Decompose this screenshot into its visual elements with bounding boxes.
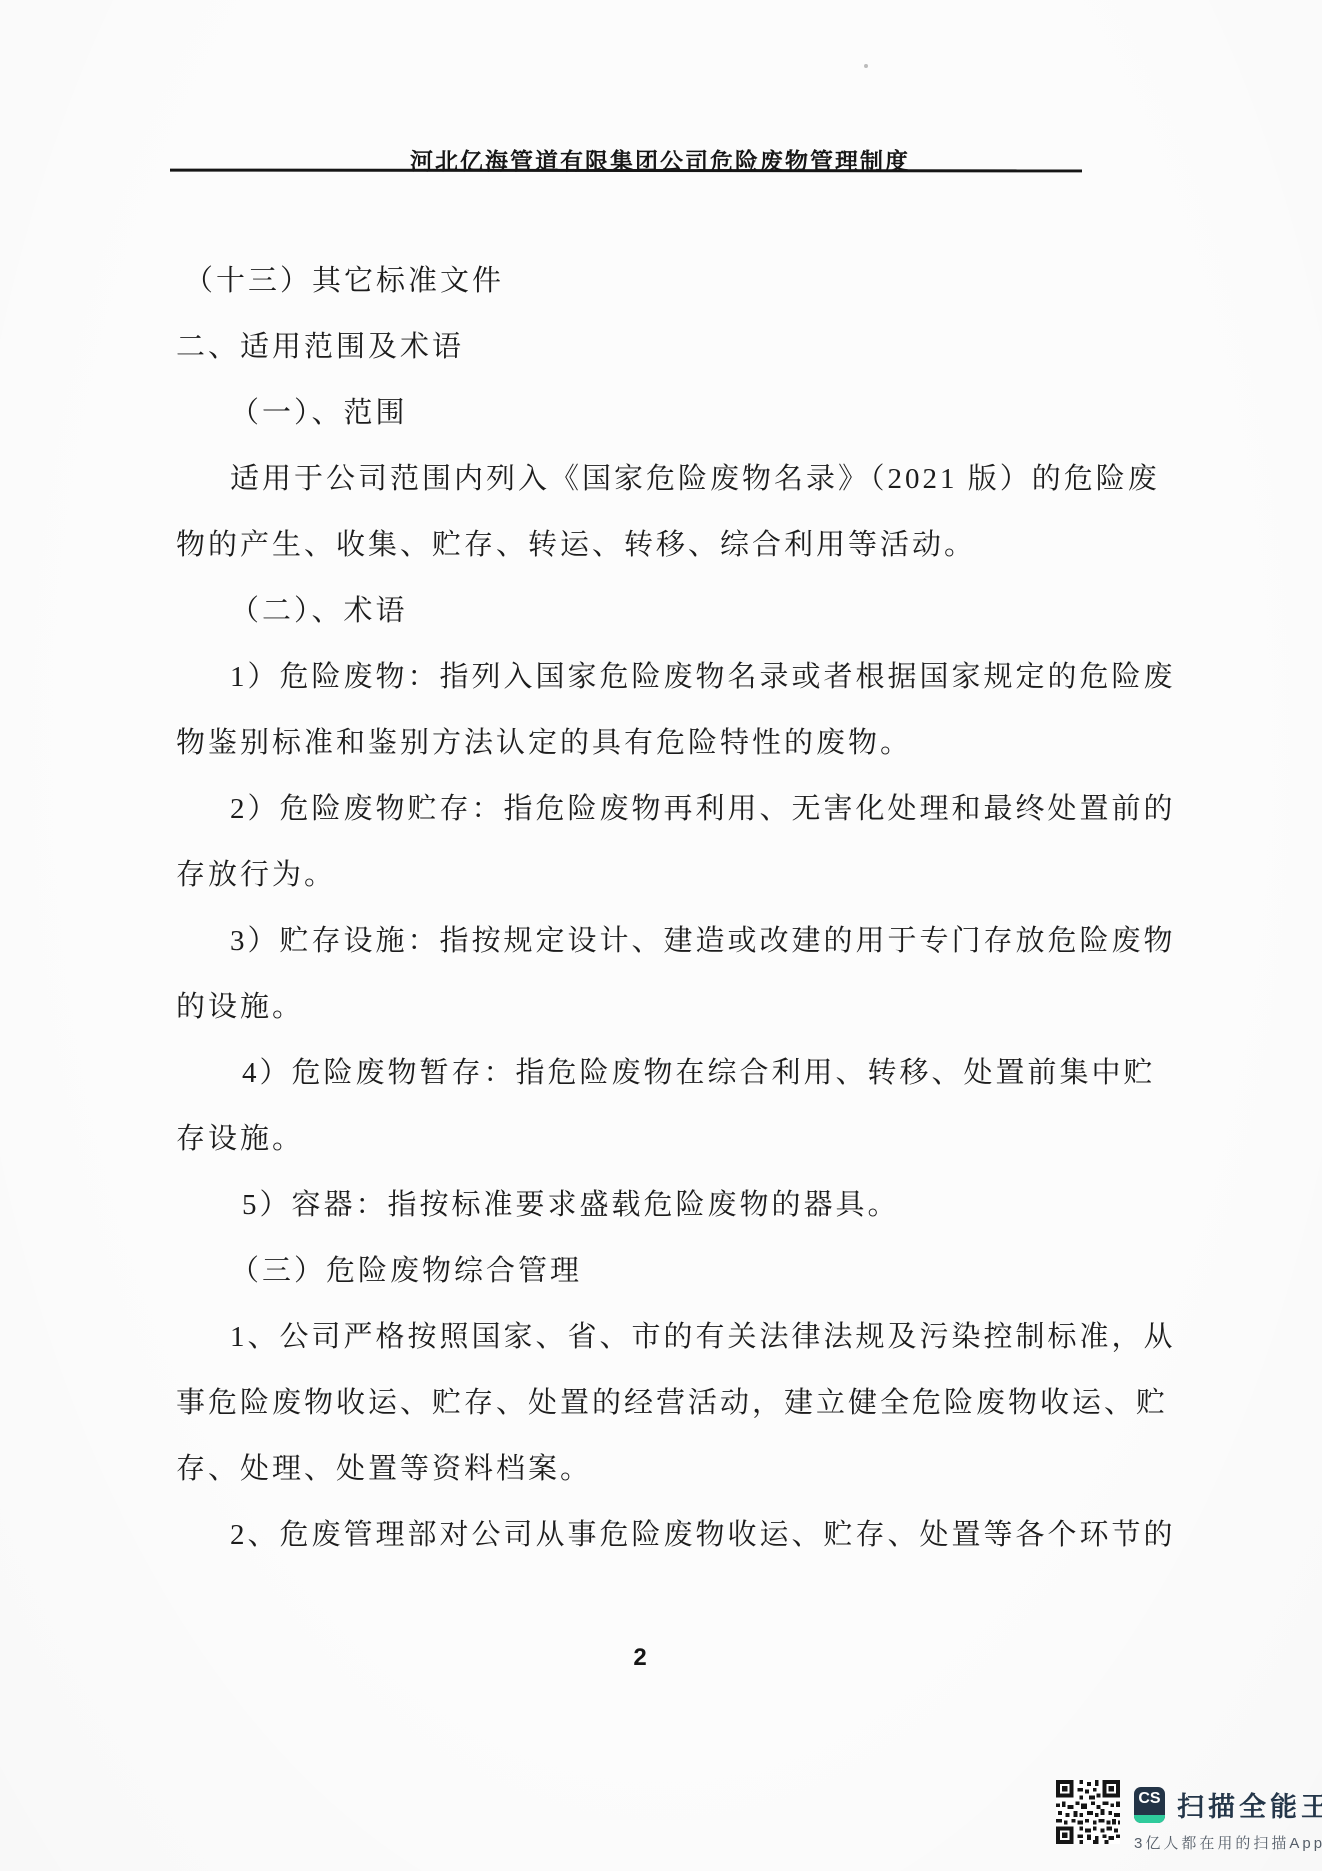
paragraph-line: 存、处理、处置等资料档案。 <box>176 1433 1206 1499</box>
paragraph-line: 2、危废管理部对公司从事危险废物收运、贮存、处置等各个环节的 <box>176 1499 1206 1565</box>
paragraph-line: 二、适用范围及术语 <box>176 311 1206 377</box>
paragraph-line: （十三）其它标准文件 <box>176 245 1206 311</box>
camscanner-badge: CS 扫描全能王 3亿人都在用的扫描App <box>1056 1780 1322 1853</box>
qr-code-icon <box>1056 1780 1120 1844</box>
paragraph-line: 1）危险废物：指列入国家危险废物名录或者根据国家规定的危险废 <box>176 641 1206 707</box>
paragraph-line: 存放行为。 <box>176 839 1206 905</box>
paragraph-line: （三）危险废物综合管理 <box>176 1235 1206 1301</box>
paragraph-line: 5）容器：指按标准要求盛载危险废物的器具。 <box>176 1169 1206 1235</box>
scan-artifact-dot <box>864 64 868 68</box>
camscanner-app-name: 扫描全能王 <box>1177 1785 1322 1824</box>
camscanner-tagline: 3亿人都在用的扫描App <box>1134 1832 1322 1853</box>
paragraph-line: 3）贮存设施：指按规定设计、建造或改建的用于专门存放危险废物 <box>176 905 1206 971</box>
header-divider-line <box>170 169 1082 173</box>
paragraph-line: 4）危险废物暂存：指危险废物在综合利用、转移、处置前集中贮 <box>176 1037 1206 1103</box>
camscanner-logo-text: CS <box>1134 1790 1165 1808</box>
paragraph-line: 适用于公司范围内列入《国家危险废物名录》（2021 版）的危险废 <box>176 443 1206 509</box>
paragraph-line: 1、公司严格按照国家、省、市的有关法律法规及污染控制标准，从 <box>176 1301 1206 1367</box>
paragraph-line: （二）、术语 <box>176 575 1206 641</box>
scanned-document-page: 河北亿海管道有限集团公司危险废物管理制度 （十三）其它标准文件二、适用范围及术语… <box>0 0 1322 1871</box>
paragraph-line: 事危险废物收运、贮存、处置的经营活动，建立健全危险废物收运、贮 <box>176 1367 1206 1433</box>
paragraph-line: 2）危险废物贮存：指危险废物再利用、无害化处理和最终处置前的 <box>176 773 1206 839</box>
paragraph-line: 存设施。 <box>176 1103 1206 1169</box>
paragraph-line: 的设施。 <box>176 971 1206 1037</box>
camscanner-logo-icon: CS <box>1134 1787 1165 1823</box>
document-body: （十三）其它标准文件二、适用范围及术语（一）、范围适用于公司范围内列入《国家危险… <box>176 245 1206 1565</box>
camscanner-logo-accent <box>1134 1815 1165 1823</box>
page-number: 2 <box>0 1644 1280 1672</box>
paragraph-line: （一）、范围 <box>176 377 1206 443</box>
paragraph-line: 物鉴别标准和鉴别方法认定的具有危险特性的废物。 <box>176 707 1206 773</box>
paragraph-line: 物的产生、收集、贮存、转运、转移、综合利用等活动。 <box>176 509 1206 575</box>
